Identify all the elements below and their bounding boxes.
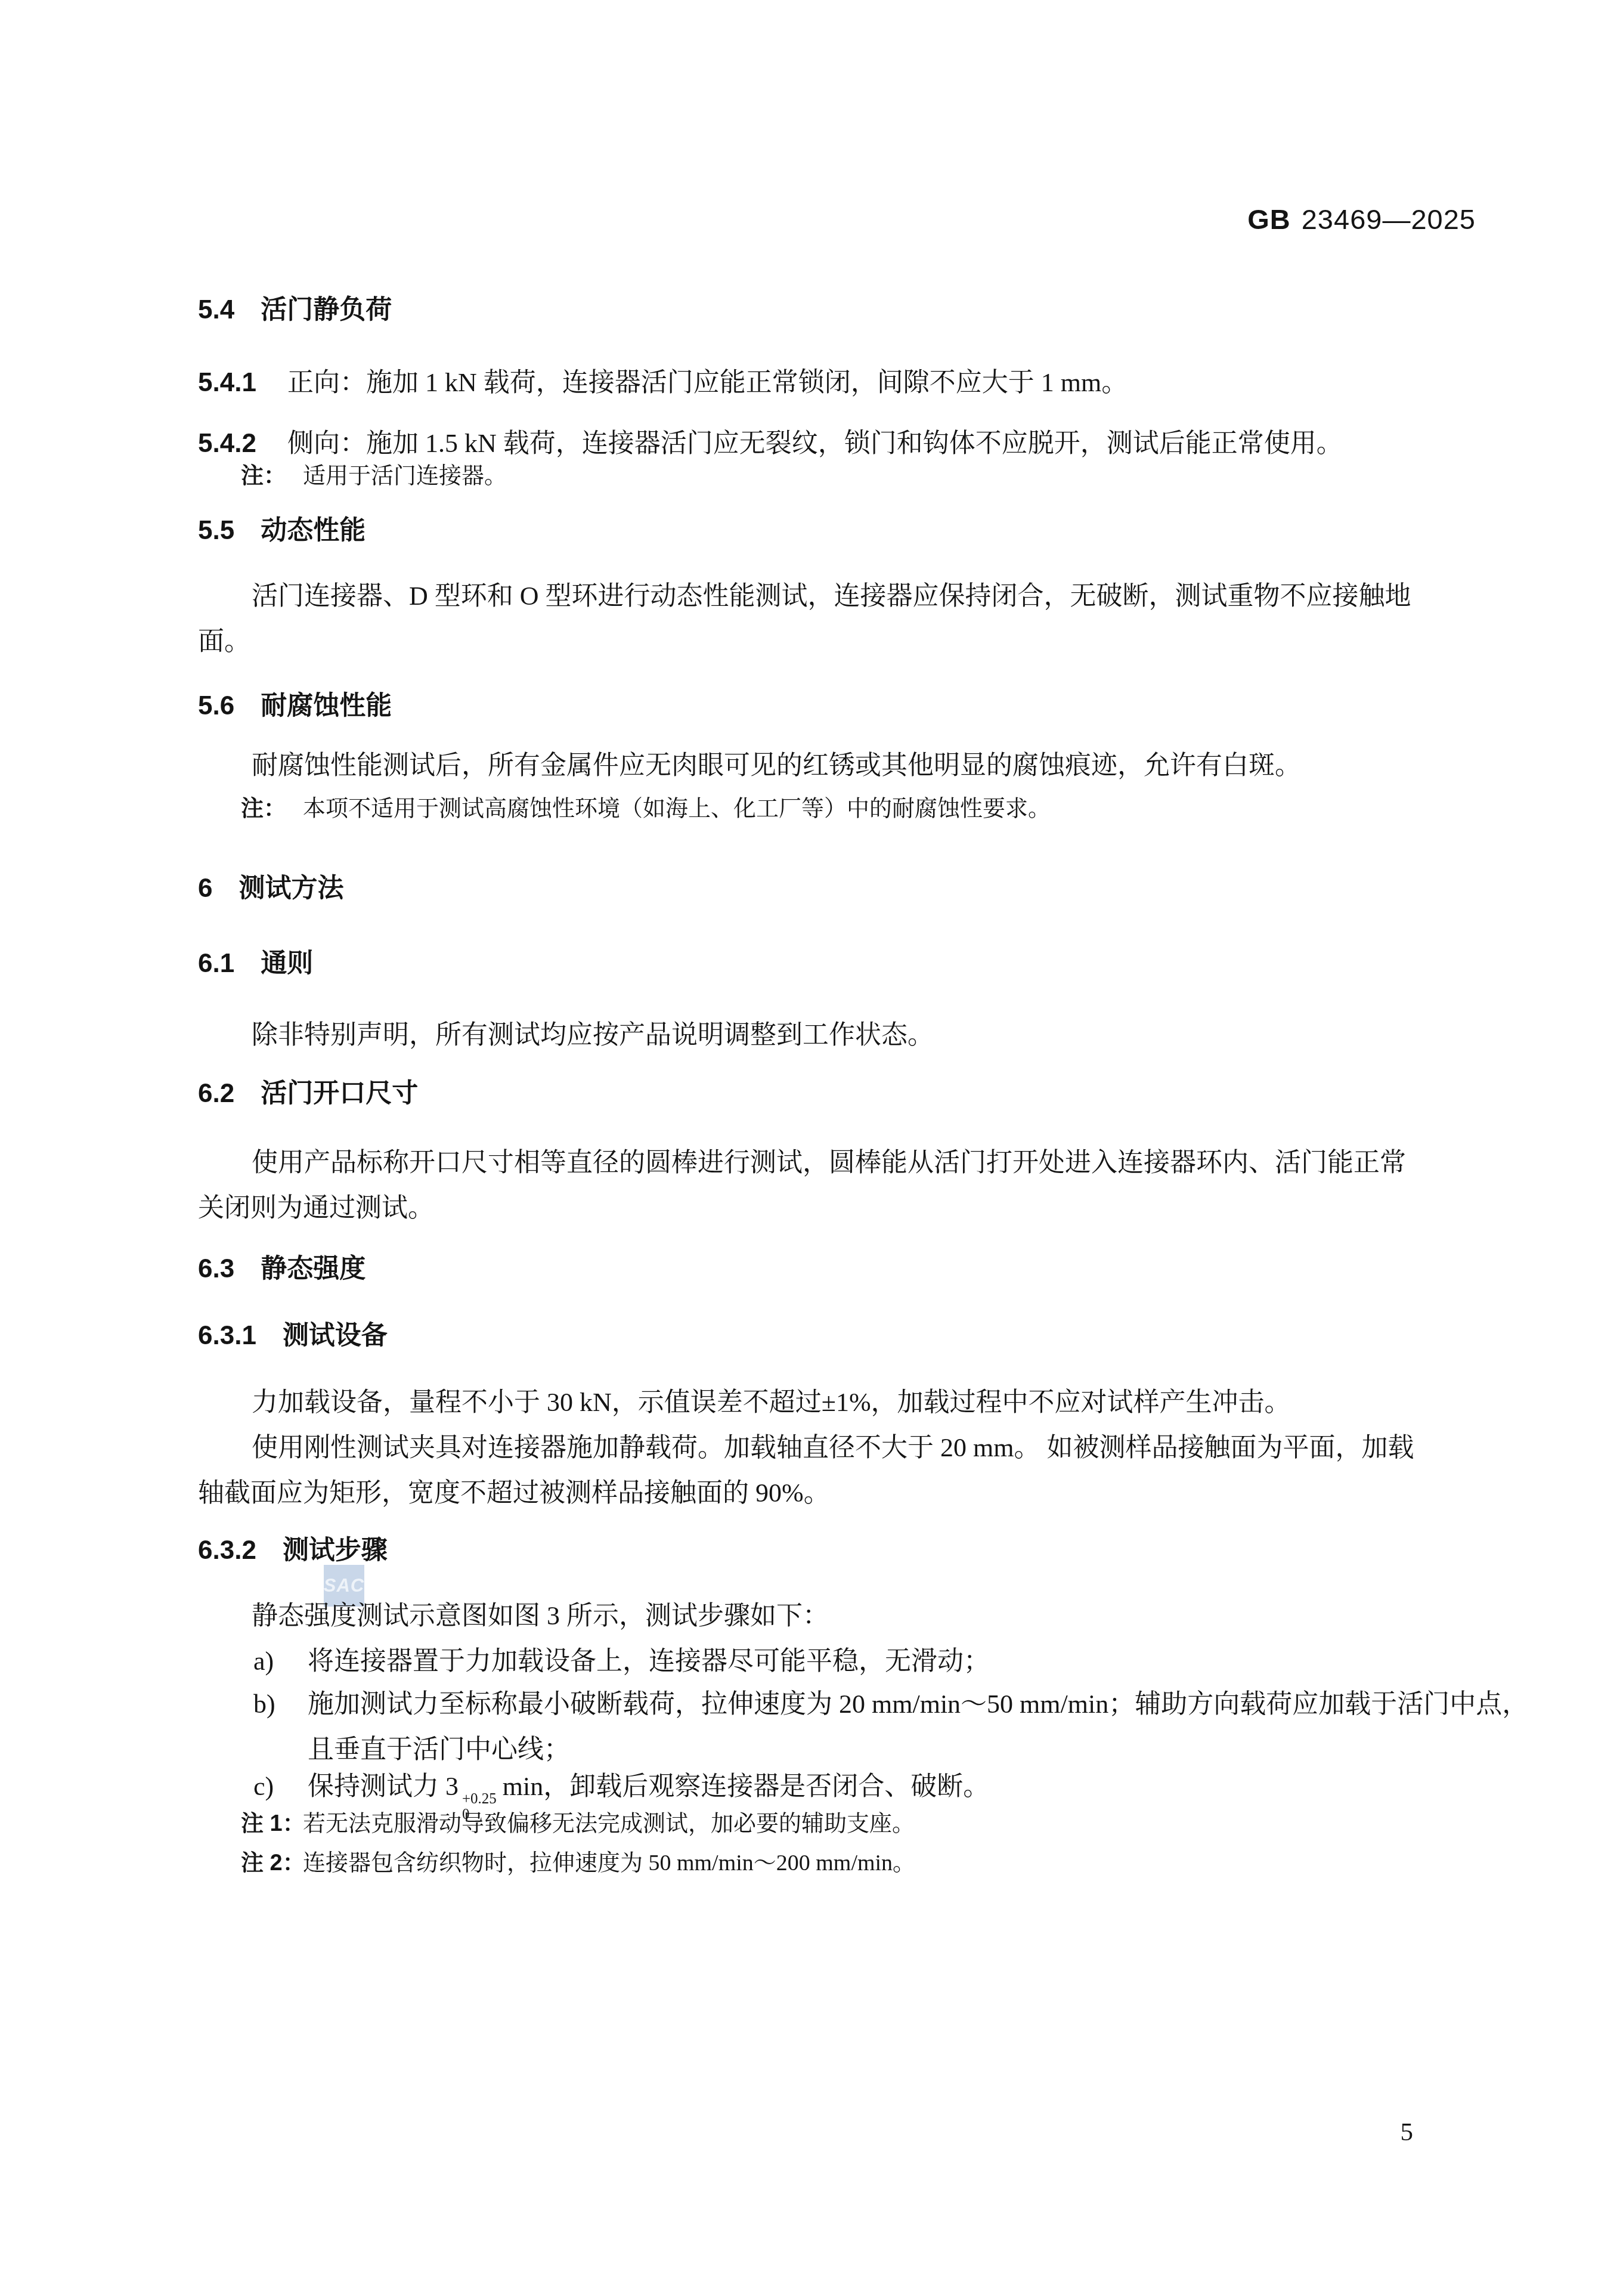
standard-year-number: 23469—2025: [1302, 203, 1476, 235]
paragraph-6-3-1-a: 力加载设备，量程不小于 30 kN，示值误差不超过±1%，加载过程中不应对试样产…: [198, 1380, 1430, 1425]
heading-number: 6.1: [198, 947, 234, 980]
note-5-4: 注：适用于活门连接器。: [198, 457, 1535, 495]
note-label: 注：: [241, 457, 286, 495]
heading-number: 5.5: [198, 514, 234, 547]
heading-title: 动态性能: [261, 516, 366, 545]
list-text: 保持测试力 3: [308, 1772, 459, 1801]
note-5-6: 注：本项不适用于测试高腐蚀性环境（如海上、化工厂等）中的耐腐蚀性要求。: [198, 790, 1535, 828]
note-2: 注 2：连接器包含纺织物时，拉伸速度为 50 mm/min～200 mm/min…: [198, 1844, 1535, 1882]
paragraph-5-5: 活门连接器、D 型环和 O 型环进行动态性能测试，连接器应保持闭合，无破断，测试…: [198, 574, 1430, 664]
heading-number: 6.3: [198, 1252, 234, 1286]
list-text: min，卸载后观察连接器是否闭合、破断。: [503, 1772, 989, 1801]
page-number: 5: [1401, 2118, 1414, 2147]
heading-number: 5.4: [198, 293, 234, 327]
heading-5-4: 5.4活门静负荷: [198, 293, 1430, 327]
paragraph-6-2: 使用产品标称开口尺寸相等直径的圆棒进行测试，圆棒能从活门打开处进入连接器环内、活…: [198, 1140, 1430, 1231]
paragraph-6-3-1-b: 使用刚性测试夹具对连接器施加静载荷。加载轴直径不大于 20 mm。 如被测样品接…: [198, 1425, 1430, 1516]
heading-6-3-1: 6.3.1测试设备: [198, 1319, 1430, 1353]
heading-title: 测试设备: [283, 1321, 388, 1350]
clause-number: 5.4.1: [198, 360, 256, 406]
list-item-b: b)施加测试力至标称最小破断载荷，拉伸速度为 20 mm/min～50 mm/m…: [198, 1682, 1540, 1772]
paragraph-6-1: 除非特别声明，所有测试均应按产品说明调整到工作状态。: [198, 1013, 1430, 1058]
heading-title: 测试方法: [239, 874, 343, 903]
heading-6-2: 6.2活门开口尺寸: [198, 1077, 1430, 1110]
heading-title: 活门开口尺寸: [261, 1079, 418, 1108]
heading-title: 测试步骤: [283, 1536, 388, 1565]
list-marker: b): [253, 1682, 275, 1727]
note-text: 若无法克服滑动导致偏移无法完成测试，加必要的辅助支座。: [303, 1811, 915, 1836]
list-item-a: a)将连接器置于力加载设备上，连接器尽可能平稳，无滑动；: [198, 1639, 1540, 1684]
heading-number: 6.3.1: [198, 1319, 256, 1353]
heading-number: 6: [198, 872, 212, 905]
list-text: 施加测试力至标称最小破断载荷，拉伸速度为 20 mm/min～50 mm/min…: [308, 1689, 1528, 1764]
heading-5-6: 5.6耐腐蚀性能: [198, 689, 1430, 723]
standard-code: GB: [1247, 203, 1291, 235]
heading-title: 活门静负荷: [261, 295, 392, 324]
paragraph-5-6: 耐腐蚀性能测试后，所有金属件应无肉眼可见的红锈或其他明显的腐蚀痕迹，允许有白斑。: [198, 743, 1430, 788]
heading-title: 静态强度: [261, 1254, 366, 1283]
note-1: 注 1：若无法克服滑动导致偏移无法完成测试，加必要的辅助支座。: [198, 1805, 1535, 1843]
document-page: GB23469—2025 SAC 5.4活门静负荷 5.4.1正向：施加 1 k…: [0, 0, 1623, 2296]
standard-number-header: GB23469—2025: [1247, 204, 1476, 235]
clause-text: 侧向：施加 1.5 kN 载荷，连接器活门应无裂纹，锁门和钩体不应脱开，测试后能…: [287, 429, 1343, 458]
note-label: 注 2：: [241, 1844, 305, 1882]
heading-6: 6测试方法: [198, 872, 1430, 905]
note-text: 适用于活门连接器。: [303, 463, 507, 488]
heading-6-1: 6.1通则: [198, 947, 1430, 980]
clause-text: 正向：施加 1 kN 载荷，连接器活门应能正常锁闭，间隙不应大于 1 mm。: [287, 368, 1128, 397]
heading-5-5: 5.5动态性能: [198, 514, 1430, 547]
heading-number: 5.6: [198, 689, 234, 723]
note-label: 注 1：: [241, 1805, 305, 1843]
heading-number: 6.3.2: [198, 1534, 256, 1567]
list-marker: a): [253, 1639, 274, 1684]
list-marker: c): [253, 1764, 274, 1809]
paragraph-6-3-2: 静态强度测试示意图如图 3 所示，测试步骤如下：: [198, 1593, 1430, 1639]
clause-5-4-1: 5.4.1正向：施加 1 kN 载荷，连接器活门应能正常锁闭，间隙不应大于 1 …: [198, 360, 1519, 406]
heading-title: 耐腐蚀性能: [261, 691, 392, 720]
heading-6-3-2: 6.3.2测试步骤: [198, 1534, 1430, 1567]
heading-title: 通则: [261, 949, 313, 978]
note-text: 本项不适用于测试高腐蚀性环境（如海上、化工厂等）中的耐腐蚀性要求。: [303, 796, 1051, 821]
note-label: 注：: [241, 790, 286, 828]
list-text: 将连接器置于力加载设备上，连接器尽可能平稳，无滑动；: [308, 1647, 990, 1676]
heading-6-3: 6.3静态强度: [198, 1252, 1430, 1286]
note-text: 连接器包含纺织物时，拉伸速度为 50 mm/min～200 mm/min。: [303, 1851, 915, 1876]
heading-number: 6.2: [198, 1077, 234, 1110]
